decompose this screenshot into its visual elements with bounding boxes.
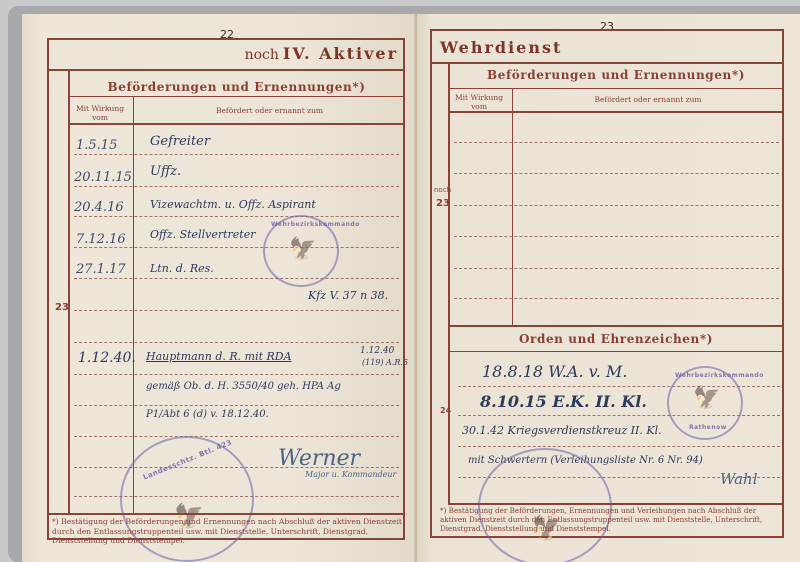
entry-rank: Gefreiter (150, 134, 210, 149)
noch-label: noch (245, 47, 279, 63)
stamp-text: Wehrbezirkskommando (675, 372, 764, 379)
row-line (454, 236, 779, 237)
right-signature: Wahl (720, 470, 758, 488)
row-line (74, 154, 399, 155)
row-line (74, 374, 399, 375)
divider (47, 69, 405, 71)
divider (47, 513, 405, 515)
left-signature: Werner (278, 446, 360, 471)
left-section-title: Beförderungen und Ernennungen*) (68, 80, 405, 94)
orders-section-title: Orden und Ehrenzeichen*) (448, 332, 784, 346)
divider (448, 325, 784, 327)
right-side-noch: noch (434, 186, 451, 194)
order-entry: 18.8.18 W.A. v. M. (482, 362, 627, 381)
right-col-date-header: Mit Wirkung vom (448, 93, 510, 111)
entry-1940-line1-sub: (119) A.R.5 (362, 358, 408, 367)
divider (448, 63, 450, 503)
row-line (458, 446, 780, 447)
left-side-number: 23 (55, 302, 69, 313)
eagle-emblem-icon: 🦅 (289, 237, 316, 262)
row-line (74, 216, 399, 217)
row-line (454, 173, 779, 174)
entry-date: 20.4.16 (74, 200, 124, 215)
order-entry: 30.1.42 Kriegsverdienstkreuz II. Kl. (462, 424, 662, 437)
divider (448, 351, 784, 352)
row-line (74, 186, 399, 187)
left-footnote: *) Bestätigung der Beförderungen und Ern… (52, 517, 402, 546)
divider (448, 503, 784, 505)
right-header-title: Wehrdienst (440, 38, 562, 57)
row-line (74, 342, 399, 343)
right-col-rank-header: Befördert oder ernannt zum (512, 95, 784, 104)
divider (512, 88, 513, 326)
divider (68, 70, 70, 513)
row-line (454, 298, 779, 299)
entry-rank: Vizewachtm. u. Offz. Aspirant (150, 198, 316, 211)
order-entry: 8.10.15 E.K. II. Kl. (480, 392, 647, 411)
stamp-text: Landesschtz. Btl. 423 (142, 438, 233, 481)
left-col-date-header: Mit Wirkung vom (68, 104, 132, 122)
entry-1940-line3: P1/Abt 6 (d) v. 18.12.40. (146, 409, 269, 420)
entry-1940-line2: gemäß Ob. d. H. 3550/40 geh. HPA Ag (146, 381, 341, 392)
reference-note: Kfz V. 37 n 38. (308, 289, 388, 302)
stamp-text: Rathenow (689, 424, 727, 431)
eagle-emblem-icon: 🦅 (693, 386, 720, 411)
divider (448, 88, 784, 89)
entry-date: 27.1.17 (76, 262, 126, 277)
entry-1940-line1: Hauptmann d. R. mit RDA (146, 350, 292, 363)
right-upper-stamp: Wehrbezirkskommando 🦅 Rathenow (667, 366, 743, 440)
row-line (454, 142, 779, 143)
left-upper-stamp: Wehrbezirkskommando 🦅 (263, 215, 339, 287)
divider (68, 96, 405, 97)
row-line (74, 310, 399, 311)
entry-rank: Offz. Stellvertreter (150, 228, 255, 241)
row-line (74, 278, 399, 279)
right-side-number: 23 (436, 198, 450, 209)
entry-date: 20.11.15 (74, 170, 132, 185)
entry-1940-line1-suffix: 1.12.40 (360, 346, 394, 356)
entry-rank: Ltn. d. Res. (150, 262, 214, 275)
row-line (74, 405, 399, 406)
left-signature-title: Major u. Kommandeur (305, 470, 396, 479)
orders-side-number: 24 (440, 406, 451, 415)
row-line (454, 268, 779, 269)
stamp-text: Wehrbezirkskommando (271, 221, 360, 228)
entry-date: 1.5.15 (76, 138, 117, 153)
right-footnote: *) Bestätigung der Beförderungen, Ernenn… (440, 506, 780, 533)
row-line (74, 436, 399, 437)
right-section-title: Beförderungen und Ernennungen*) (448, 68, 784, 82)
right-lower-stamp: 🦅 (478, 448, 612, 562)
entry-1940-date: 1.12.40. (78, 350, 136, 366)
divider (448, 111, 784, 113)
left-col-rank-header: Befördert oder ernannt zum (134, 106, 405, 115)
entry-date: 7.12.16 (76, 232, 126, 247)
row-line (74, 247, 399, 248)
header-title-text: IV. Aktiver (283, 44, 398, 63)
divider (430, 62, 784, 64)
left-header-title: nochIV. Aktiver (98, 44, 398, 63)
divider (133, 96, 134, 513)
divider (68, 123, 405, 125)
row-line (454, 205, 779, 206)
entry-rank: Uffz. (150, 164, 181, 179)
